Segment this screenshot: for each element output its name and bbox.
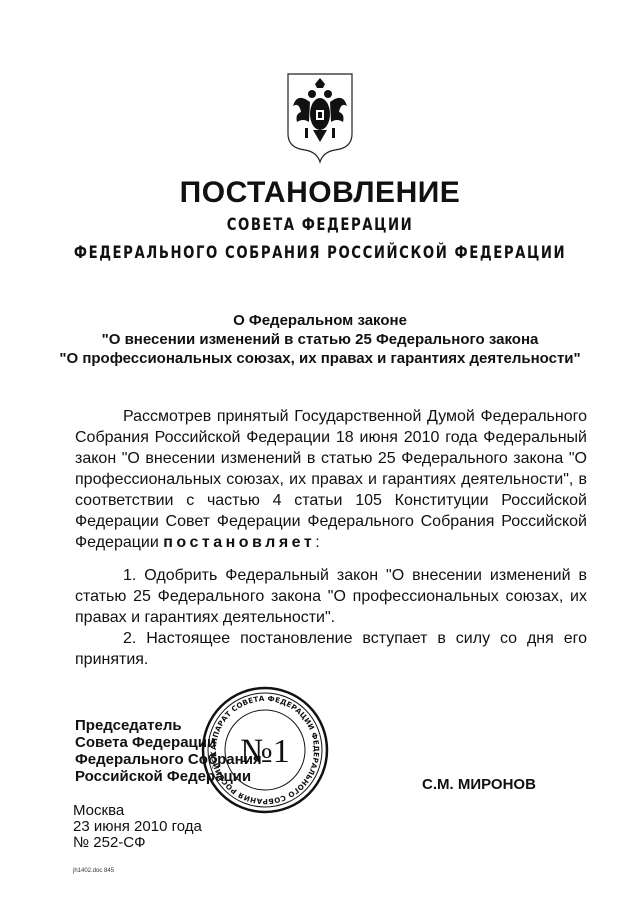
resolution-item: 1. Одобрить Федеральный закон "О внесени… (75, 565, 587, 628)
official-seal-icon: АППАРАТ СОВЕТА ФЕДЕРАЦИИ ФЕДЕРАЛЬНОГО СО… (200, 685, 330, 815)
signer-name: С.М. МИРОНОВ (422, 776, 536, 793)
document-subtitle-1: СОВЕТА ФЕДЕРАЦИИ (70, 215, 569, 235)
coat-of-arms-icon (285, 72, 355, 164)
document-number: № 252-СФ (73, 835, 202, 851)
resolution-item: 2. Настоящее постановление вступает в си… (75, 628, 587, 670)
subject-line-3: "О профессиональных союзах, их правах и … (0, 349, 640, 368)
resolves-colon: : (315, 534, 319, 551)
file-code: jh1402.doc 845 (73, 868, 114, 874)
resolution-items: 1. Одобрить Федеральный закон "О внесени… (75, 565, 587, 670)
preamble-paragraph: Рассмотрев принятый Государственной Думо… (75, 406, 587, 553)
subject-line-1: О Федеральном законе (0, 311, 640, 330)
resolves-word: постановляет (163, 534, 315, 551)
date: 23 июня 2010 года (73, 819, 202, 835)
document-subject: О Федеральном законе "О внесении изменен… (0, 311, 640, 368)
document-title: ПОСТАНОВЛЕНИЕ (0, 176, 640, 210)
svg-text:№1: №1 (240, 733, 289, 770)
place-and-date: Москва 23 июня 2010 года № 252-СФ (73, 803, 202, 851)
preamble-text: Рассмотрев принятый Государственной Думо… (75, 408, 587, 551)
subject-line-2: "О внесении изменений в статью 25 Федера… (0, 330, 640, 349)
document-subtitle-2: ФЕДЕРАЛЬНОГО СОБРАНИЯ РОССИЙСКОЙ ФЕДЕРАЦ… (70, 243, 569, 263)
city: Москва (73, 803, 202, 819)
